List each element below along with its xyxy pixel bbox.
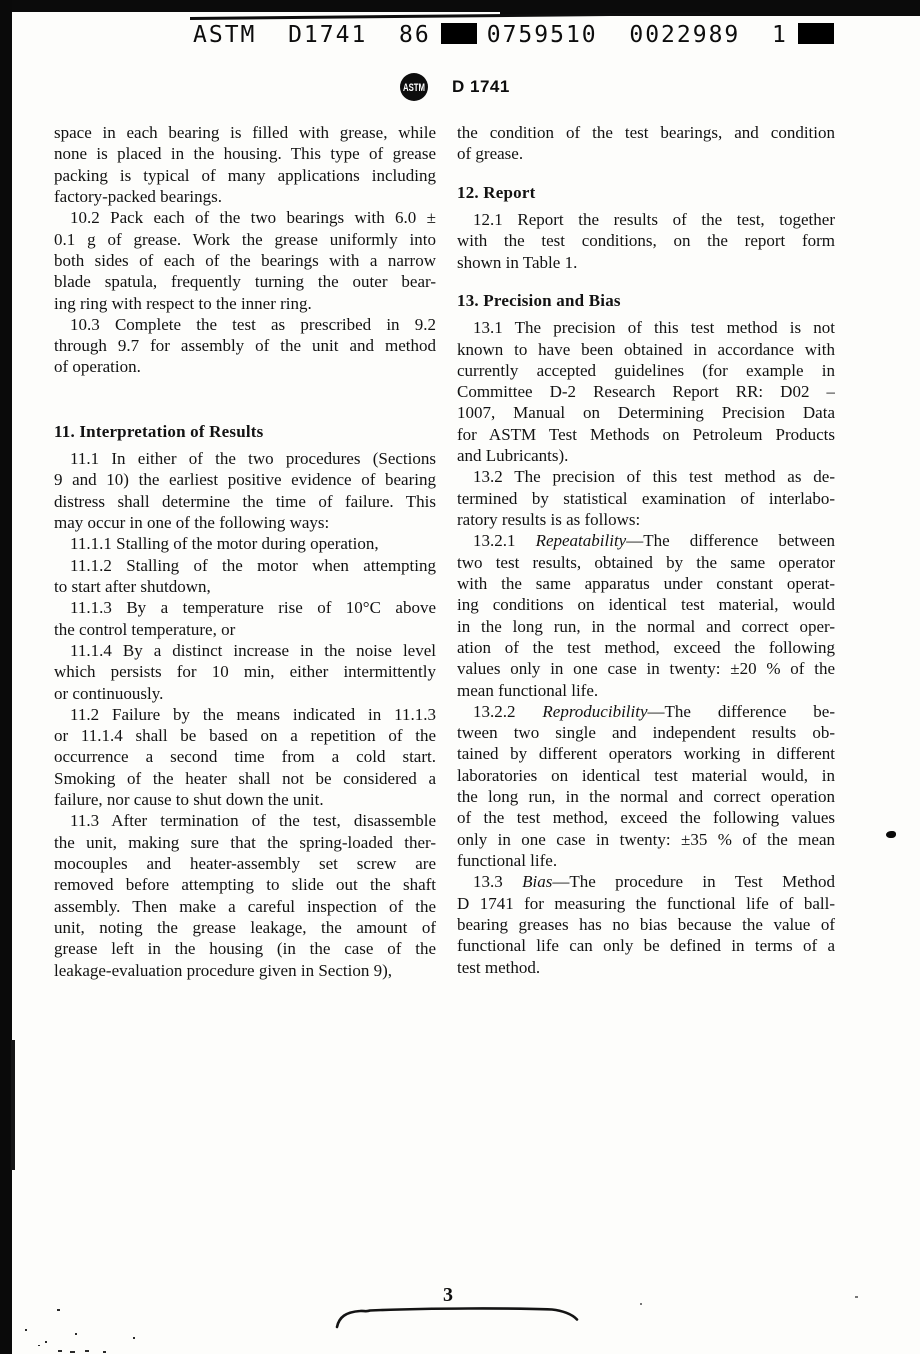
text-line: 1007, Manual on Determining Precision Da… <box>457 402 835 423</box>
text-line: may occur in one of the following ways: <box>54 512 436 533</box>
text-line: packing is typical of many applications … <box>54 165 436 186</box>
text-line: of operation. <box>54 356 436 377</box>
text-line: none is placed in the housing. This type… <box>54 143 436 164</box>
text-line: 13.2 The precision of this test method a… <box>457 466 835 487</box>
text-segment: the long run, in the normal and correct … <box>457 787 835 806</box>
text-segment: functional life. <box>457 851 557 870</box>
text-segment: none is placed in the housing. This type… <box>54 144 436 163</box>
text-line: mean functional life. <box>457 680 835 701</box>
text-segment: with the same apparatus under constant o… <box>457 574 835 593</box>
text-segment: occurrence a second time from a cold sta… <box>54 747 436 766</box>
text-line: 10.2 Pack each of the two bearings with … <box>54 207 436 228</box>
text-line: both sides of each of the bearings with … <box>54 250 436 271</box>
text-segment: and Lubricants). <box>457 446 568 465</box>
text-line: mocouples and heater-assembly set screw … <box>54 853 436 874</box>
text-segment: 10.2 Pack each of the two bearings with … <box>70 208 436 227</box>
text-segment: space in each bearing is filled with gre… <box>54 123 436 142</box>
header-rule-line <box>190 12 710 20</box>
text-segment: of operation. <box>54 357 141 376</box>
text-segment: may occur in one of the following ways: <box>54 513 329 532</box>
text-line: factory-packed bearings. <box>54 186 436 207</box>
text-line: and Lubricants). <box>457 445 835 466</box>
text-line: 13.1 The precision of this test method i… <box>457 317 835 338</box>
text-line: bearing greases has no bias because the … <box>457 914 835 935</box>
header-scan-text-right: 0759510 0022989 1 <box>487 22 788 48</box>
text-line: distress shall determine the time of fai… <box>54 491 436 512</box>
text-line: the unit, making sure that the spring-lo… <box>54 832 436 853</box>
text-line: tained by different operators working in… <box>457 743 835 764</box>
text-segment: with the test conditions, on the report … <box>457 231 835 250</box>
column-gap <box>54 378 436 404</box>
text-segment: failure, nor cause to shut down the unit… <box>54 790 324 809</box>
scan-speck <box>75 1333 77 1335</box>
footer-rule <box>330 1298 590 1341</box>
text-segment: 13.2 The precision of this test method a… <box>473 467 835 486</box>
text-line: unit, noting the grease leakage, the amo… <box>54 917 436 938</box>
text-segment: 10.3 Complete the test as prescribed in … <box>70 315 436 334</box>
text-segment: 0.1 g of grease. Work the grease uniform… <box>54 230 436 249</box>
text-segment: 11.1.4 By a distinct increase in the noi… <box>70 641 436 660</box>
text-segment: termined by statistical examination of i… <box>457 489 835 508</box>
text-segment: ing conditions on identical test materia… <box>457 595 835 614</box>
text-line: test method. <box>457 957 835 978</box>
text-segment: factory-packed bearings. <box>54 187 222 206</box>
text-line: removed before attempting to slide out t… <box>54 874 436 895</box>
text-line: functional life can only be defined in t… <box>457 935 835 956</box>
text-segment: packing is typical of many applications … <box>54 166 436 185</box>
text-segment: through 9.7 for assembly of the unit and… <box>54 336 436 355</box>
text-line: tween two single and independent results… <box>457 722 835 743</box>
emphasized-text: Reproducibility <box>542 702 647 721</box>
text-segment: for ASTM Test Methods on Petroleum Produ… <box>457 425 835 444</box>
text-line: 11.1.4 By a distinct increase in the noi… <box>54 640 436 661</box>
text-line: 10.3 Complete the test as prescribed in … <box>54 314 436 335</box>
text-segment: D 1741 for measuring the functional life… <box>457 894 835 913</box>
text-segment: tween two single and independent results… <box>457 723 835 742</box>
text-line: functional life. <box>457 850 835 871</box>
text-line: D 1741 for measuring the functional life… <box>457 893 835 914</box>
text-line: occurrence a second time from a cold sta… <box>54 746 436 767</box>
text-segment: or 11.1.4 shall be based on a repetition… <box>54 726 436 745</box>
text-line: 9 and 10) the earliest positive evidence… <box>54 469 436 490</box>
text-line: ratory results is as follows: <box>457 509 835 530</box>
text-line: 11.1 In either of the two procedures (Se… <box>54 448 436 469</box>
text-line: space in each bearing is filled with gre… <box>54 122 436 143</box>
astm-logo-icon: ASTM <box>398 71 430 108</box>
header-scan-text-left: ASTM D1741 86 <box>193 22 431 48</box>
text-line: grease left in the housing (in the case … <box>54 938 436 959</box>
scan-edge-left-patch <box>11 1040 15 1170</box>
scan-speck <box>103 1351 106 1353</box>
text-segment: mean functional life. <box>457 681 598 700</box>
text-segment: only in one case in twenty: ±35 % of the… <box>457 830 835 849</box>
text-segment: ing ring with respect to the inner ring. <box>54 294 312 313</box>
text-line: currently accepted guidelines (for examp… <box>457 360 835 381</box>
text-segment: shown in Table 1. <box>457 253 577 272</box>
ink-blot <box>886 831 896 838</box>
text-segment: two test results, obtained by the same o… <box>457 553 835 572</box>
text-line: 11.2 Failure by the means indicated in 1… <box>54 704 436 725</box>
text-segment: 13.3 <box>473 872 522 891</box>
text-line: shown in Table 1. <box>457 252 835 273</box>
doc-code: D 1741 <box>452 77 510 97</box>
scan-speck <box>38 1345 40 1346</box>
text-segment: 11.1.1 Stalling of the motor during oper… <box>70 534 379 553</box>
scan-speck <box>45 1341 47 1343</box>
section-heading: 13. Precision and Bias <box>457 290 835 311</box>
text-segment: known to have been obtained in accordanc… <box>457 340 835 359</box>
text-line: the control temperature, or <box>54 619 436 640</box>
text-line: Committee D-2 Research Report RR: D02 – <box>457 381 835 402</box>
text-line: two test results, obtained by the same o… <box>457 552 835 573</box>
text-line: or 11.1.4 shall be based on a repetition… <box>54 725 436 746</box>
filled-square-icon <box>798 23 834 44</box>
section-heading: 11. Interpretation of Results <box>54 421 436 442</box>
text-line: to start after shutdown, <box>54 576 436 597</box>
text-segment: 11.1 In either of the two procedures (Se… <box>70 449 436 468</box>
text-segment: removed before attempting to slide out t… <box>54 875 436 894</box>
text-segment: Smoking of the heater shall not be consi… <box>54 769 436 788</box>
emphasized-text: Repeatability <box>536 531 627 550</box>
scan-speck <box>25 1329 27 1331</box>
scan-speck <box>70 1351 75 1353</box>
emphasized-text: Bias <box>522 872 552 891</box>
text-segment: blade spatula, frequently turning the ou… <box>54 272 436 291</box>
text-line: leakage-evaluation procedure given in Se… <box>54 960 436 981</box>
text-line: known to have been obtained in accordanc… <box>457 339 835 360</box>
text-line: 11.1.2 Stalling of the motor when attemp… <box>54 555 436 576</box>
text-segment: 13.2.1 <box>473 531 536 550</box>
text-segment: unit, noting the grease leakage, the amo… <box>54 918 436 937</box>
text-segment: 1007, Manual on Determining Precision Da… <box>457 403 835 422</box>
text-segment: —The difference be- <box>648 702 835 721</box>
text-segment: bearing greases has no bias because the … <box>457 915 835 934</box>
column-right: the condition of the test bearings, and … <box>457 122 835 978</box>
text-line: values only in one case in twenty: ±20 %… <box>457 658 835 679</box>
text-line: which persists for 10 min, either interm… <box>54 661 436 682</box>
text-segment: the unit, making sure that the spring-lo… <box>54 833 436 852</box>
text-segment: distress shall determine the time of fai… <box>54 492 436 511</box>
text-segment: in the long run, in the normal and corre… <box>457 617 835 636</box>
text-line: 11.1.1 Stalling of the motor during oper… <box>54 533 436 554</box>
text-line: the condition of the test bearings, and … <box>457 122 835 143</box>
scan-speck <box>855 1296 858 1298</box>
text-segment: 13.2.2 <box>473 702 542 721</box>
text-segment: —The procedure in Test Method <box>552 872 835 891</box>
text-line: with the same apparatus under constant o… <box>457 573 835 594</box>
text-segment: leakage-evaluation procedure given in Se… <box>54 961 392 980</box>
text-segment: values only in one case in twenty: ±20 %… <box>457 659 835 678</box>
scan-speck <box>85 1350 89 1352</box>
text-line: assembly. Then make a careful inspection… <box>54 896 436 917</box>
scan-speck <box>640 1303 642 1305</box>
text-line: with the test conditions, on the report … <box>457 230 835 251</box>
text-segment: 11.1.2 Stalling of the motor when attemp… <box>70 556 436 575</box>
text-line: ing conditions on identical test materia… <box>457 594 835 615</box>
text-segment: ratory results is as follows: <box>457 510 640 529</box>
text-segment: test method. <box>457 958 540 977</box>
text-line: laboratories on identical test material … <box>457 765 835 786</box>
text-segment: the control temperature, or <box>54 620 235 639</box>
text-line: or continuously. <box>54 683 436 704</box>
text-line: Smoking of the heater shall not be consi… <box>54 768 436 789</box>
text-segment: mocouples and heater-assembly set screw … <box>54 854 436 873</box>
text-segment: both sides of each of the bearings with … <box>54 251 436 270</box>
text-line: 13.2.1 Repeatability—The difference betw… <box>457 530 835 551</box>
text-segment: functional life can only be defined in t… <box>457 936 835 955</box>
text-segment: or continuously. <box>54 684 163 703</box>
text-segment: currently accepted guidelines (for examp… <box>457 361 835 380</box>
text-segment: 9 and 10) the earliest positive evidence… <box>54 470 436 489</box>
text-segment: 11.3 After termination of the test, disa… <box>70 811 436 830</box>
text-line: of the test method, exceed the following… <box>457 807 835 828</box>
scan-speck <box>57 1309 60 1311</box>
text-line: in the long run, in the normal and corre… <box>457 616 835 637</box>
text-line: ation of the test method, exceed the fol… <box>457 637 835 658</box>
scan-speck <box>58 1350 62 1352</box>
text-segment: ation of the test method, exceed the fol… <box>457 638 835 657</box>
section-heading: 12. Report <box>457 182 835 203</box>
text-segment: 11.2 Failure by the means indicated in 1… <box>70 705 436 724</box>
text-line: 11.1.3 By a temperature rise of 10°C abo… <box>54 597 436 618</box>
header-scan-text: ASTM D1741 860759510 0022989 1 <box>193 22 844 48</box>
text-segment: laboratories on identical test material … <box>457 766 835 785</box>
text-segment: tained by different operators working in… <box>457 744 835 763</box>
text-line: for ASTM Test Methods on Petroleum Produ… <box>457 424 835 445</box>
text-segment: which persists for 10 min, either interm… <box>54 662 436 681</box>
text-segment: to start after shutdown, <box>54 577 211 596</box>
text-line: 13.3 Bias—The procedure in Test Method <box>457 871 835 892</box>
text-line: of grease. <box>457 143 835 164</box>
filled-square-icon <box>441 23 477 44</box>
scanned-document-page: ASTM D1741 860759510 0022989 1 ASTM D 17… <box>0 0 920 1354</box>
text-line: 13.2.2 Reproducibility—The difference be… <box>457 701 835 722</box>
text-line: only in one case in twenty: ±35 % of the… <box>457 829 835 850</box>
text-line: failure, nor cause to shut down the unit… <box>54 789 436 810</box>
text-segment: assembly. Then make a careful inspection… <box>54 897 436 916</box>
svg-text:ASTM: ASTM <box>403 82 425 94</box>
scan-speck <box>133 1337 135 1339</box>
text-segment: grease left in the housing (in the case … <box>54 939 436 958</box>
text-line: 0.1 g of grease. Work the grease uniform… <box>54 229 436 250</box>
text-line: the long run, in the normal and correct … <box>457 786 835 807</box>
text-segment: the condition of the test bearings, and … <box>457 123 835 142</box>
text-line: 12.1 Report the results of the test, tog… <box>457 209 835 230</box>
column-left: space in each bearing is filled with gre… <box>54 122 436 981</box>
text-segment: 13.1 The precision of this test method i… <box>473 318 835 337</box>
text-segment: of grease. <box>457 144 523 163</box>
text-segment: —The difference between <box>626 531 835 550</box>
text-segment: Committee D-2 Research Report RR: D02 – <box>457 382 835 401</box>
text-segment: of the test method, exceed the following… <box>457 808 835 827</box>
text-line: termined by statistical examination of i… <box>457 488 835 509</box>
text-line: ing ring with respect to the inner ring. <box>54 293 436 314</box>
text-segment: 11.1.3 By a temperature rise of 10°C abo… <box>70 598 436 617</box>
text-segment: 12.1 Report the results of the test, tog… <box>473 210 835 229</box>
text-line: 11.3 After termination of the test, disa… <box>54 810 436 831</box>
text-line: through 9.7 for assembly of the unit and… <box>54 335 436 356</box>
text-line: blade spatula, frequently turning the ou… <box>54 271 436 292</box>
